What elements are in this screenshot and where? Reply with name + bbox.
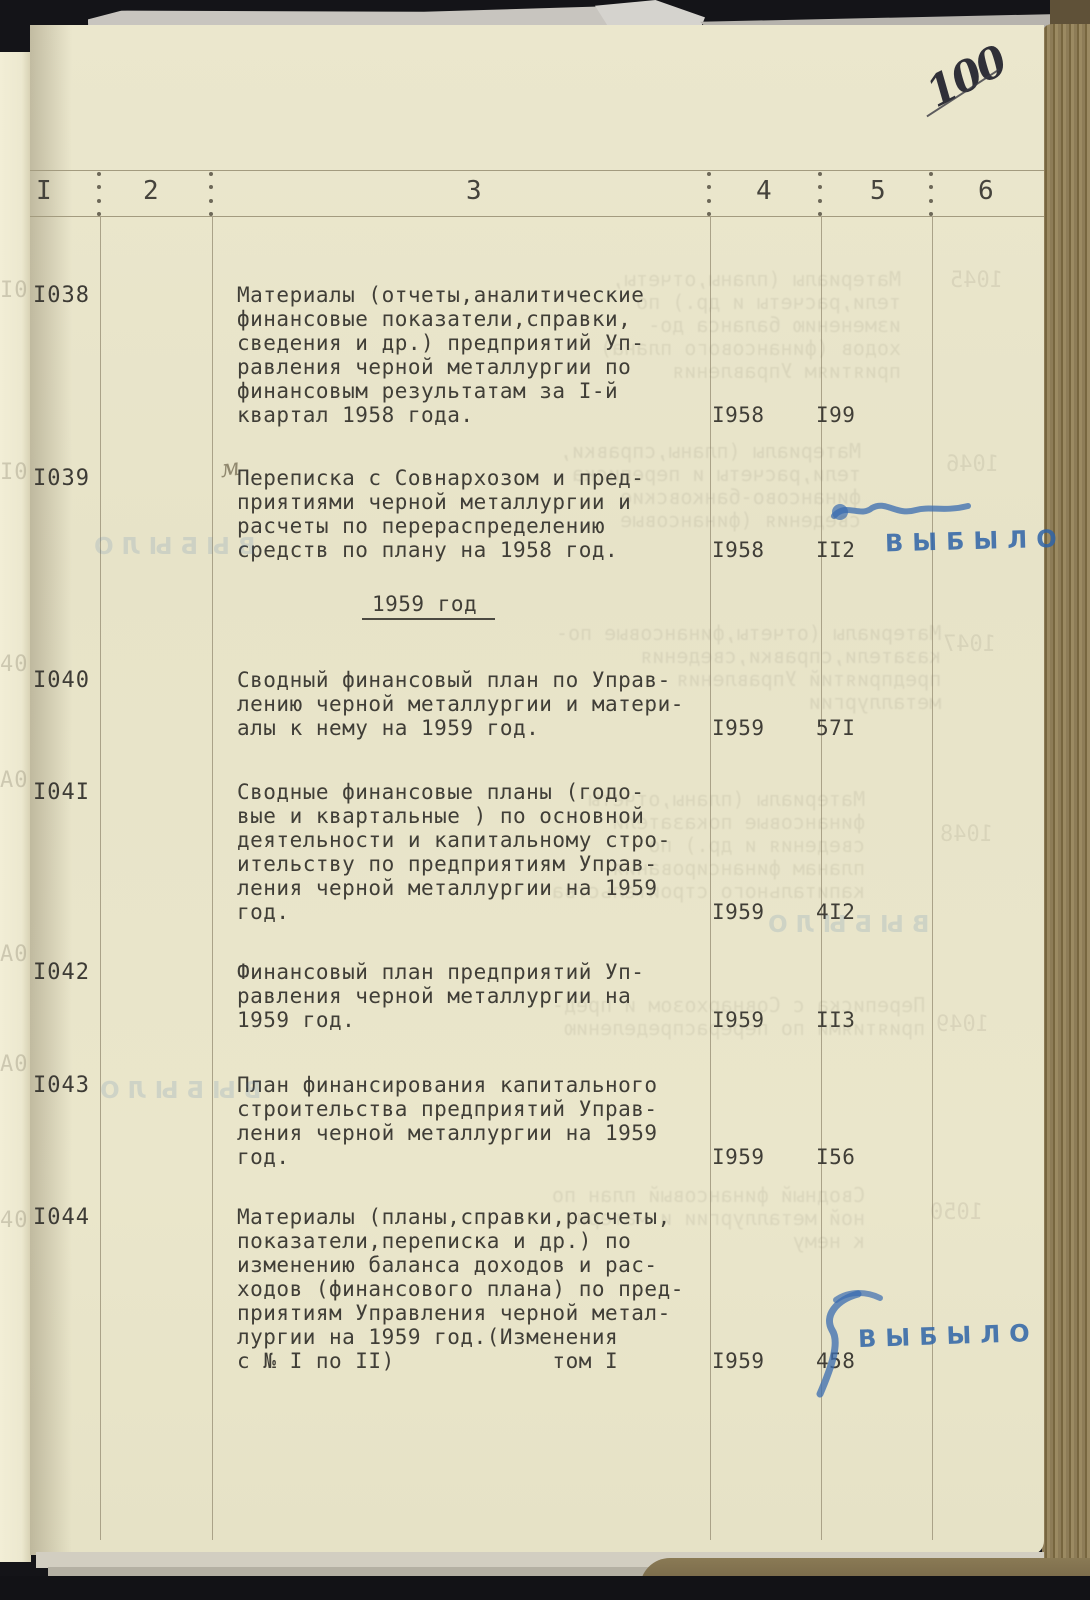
bleedthrough-entry-number: 1048 xyxy=(940,822,993,847)
bleedthrough-entry-number: 1049 xyxy=(936,1012,989,1037)
bleedthrough-text: Сводный финансовый план по ной металлург… xyxy=(552,1184,865,1253)
dotted-separator xyxy=(818,172,823,216)
bleedthrough-stamp: ВЫБЫЛО xyxy=(760,912,929,938)
column-header-6: 6 xyxy=(978,176,994,206)
column-header-3: 3 xyxy=(466,176,482,206)
scan-background xyxy=(0,1576,1090,1600)
entry-page-count: I99 xyxy=(816,403,855,427)
dotted-separator xyxy=(929,172,934,216)
bleedthrough-entry-number: 1046 xyxy=(946,452,999,477)
entry-number: I04I xyxy=(33,780,90,805)
entry-number: I039 xyxy=(33,466,90,491)
column-header-5: 5 xyxy=(870,176,886,206)
entry-number: I038 xyxy=(33,283,90,308)
previous-page-fragment: 40І xyxy=(0,652,30,677)
dotted-separator xyxy=(97,172,102,216)
entry-page-count: II2 xyxy=(816,538,855,562)
entry-year: I959 xyxy=(712,1349,765,1373)
bleedthrough-stamp: ВЫБЫЛО xyxy=(92,1078,261,1104)
entry-page-count: 57I xyxy=(816,716,855,740)
ink-scribble xyxy=(806,1282,896,1402)
dotted-separator xyxy=(209,172,214,216)
header-bottom-rule xyxy=(30,216,1044,217)
previous-page-fragment: А0І xyxy=(0,942,30,967)
previous-page-fragment: А0І xyxy=(0,1052,30,1077)
entry-year: I959 xyxy=(712,716,765,740)
year-section-heading: 1959 год xyxy=(362,592,495,620)
bleedthrough-entry-number: 1047 xyxy=(943,632,996,657)
previous-page-fragment: А0І xyxy=(0,768,30,793)
column-header-4: 4 xyxy=(756,176,772,206)
bleedthrough-stamp: ВЫБЫЛО xyxy=(86,534,255,560)
bleedthrough-text: Переписка с Совнархозом и пред- приятиям… xyxy=(552,994,925,1040)
dotted-separator xyxy=(707,172,712,216)
table-row: I04I Сводные финансовые планы (годо- вые… xyxy=(0,780,1044,924)
previous-page-fragment: 40 xyxy=(0,1208,30,1233)
entry-page-count: I56 xyxy=(816,1145,855,1169)
bleedthrough-text: Материалы (планы,отчеты, тели,расчеты и … xyxy=(600,268,901,383)
bleedthrough-text: Материалы (отчеты,финансовые по- казател… xyxy=(556,622,941,714)
entry-year: I958 xyxy=(712,403,765,427)
entry-year: I959 xyxy=(712,1145,765,1169)
bleedthrough-text: Материалы (планы,справки, тели,расчеты и… xyxy=(560,440,861,532)
entry-year: I959 xyxy=(712,900,765,924)
book-page-stack-edge xyxy=(1042,24,1090,1600)
previous-page-fragment: І0І xyxy=(0,460,30,485)
entry-number: I042 xyxy=(33,960,90,985)
entry-number: I043 xyxy=(33,1073,90,1098)
bleedthrough-entry-number: 1050 xyxy=(930,1200,983,1225)
header-top-rule xyxy=(30,170,1044,171)
bleedthrough-entry-number: 1045 xyxy=(950,268,1003,293)
entry-description: План финансирования капитального строите… xyxy=(237,1073,707,1169)
entry-year: I958 xyxy=(712,538,765,562)
bleedthrough-text: Материалы (планы,отчеты финансовые показ… xyxy=(552,788,865,903)
previous-page-fragment: І0І xyxy=(0,278,30,303)
column-header-1: I xyxy=(36,176,52,206)
scanned-archive-page: I 2 3 4 5 6 1959 год I038 Материалы (отч… xyxy=(0,0,1090,1600)
entry-number: I044 xyxy=(33,1205,90,1230)
entry-number: I040 xyxy=(33,668,90,693)
column-header-2: 2 xyxy=(143,176,159,206)
